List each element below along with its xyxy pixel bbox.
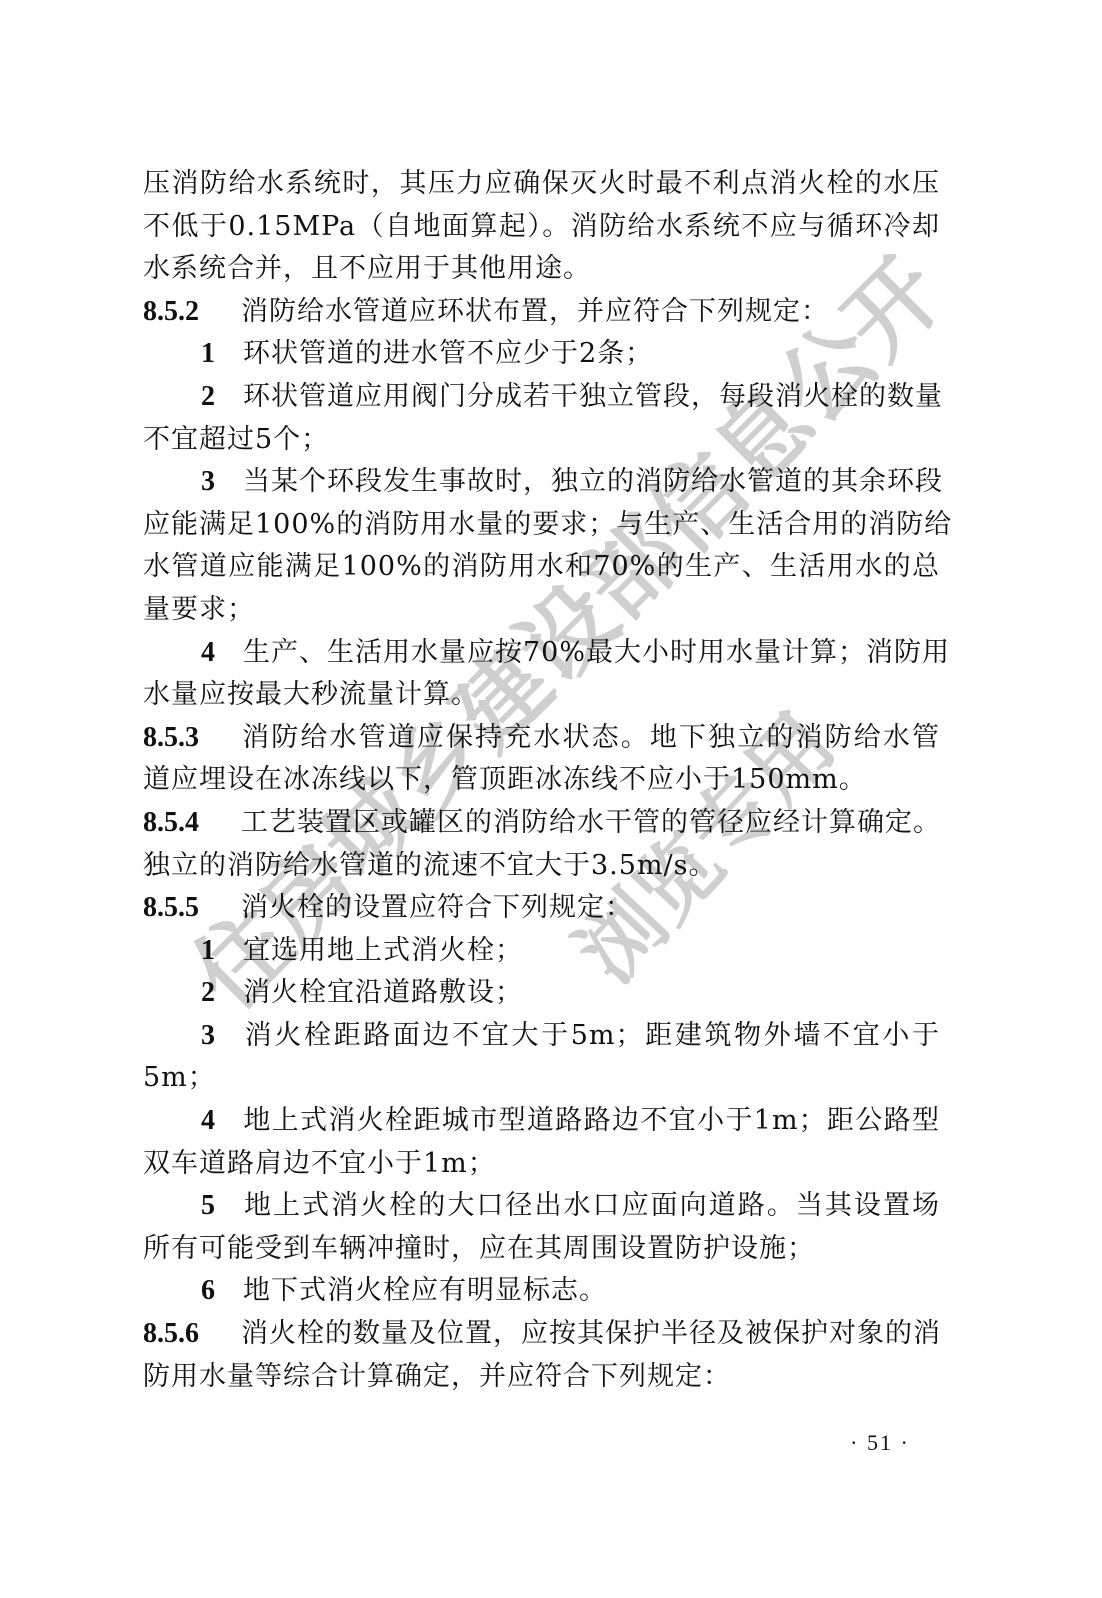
item-text: 宜选用地上式消火栓； [243,935,523,966]
clause-line: 8.5.6消火栓的数量及位置，应按其保护半径及被保护对象的消 [143,1313,940,1356]
list-item-line: 5地上式消火栓的大口径出水口应面向道路。当其设置场 [143,1185,940,1228]
page-number: · 51 · [835,1430,925,1456]
item-text: 地下式消火栓应有明显标志。 [243,1275,607,1306]
item-number: 3 [201,1015,243,1058]
text-line: 独立的消防给水管道的流速不宜大于3.5m/s。 [143,845,940,888]
item-text: 地上式消火栓的大口径出水口应面向道路。当其设置场 [243,1190,940,1221]
list-item-line: 2环状管道应用阀门分成若干独立管段，每段消火栓的数量 [143,376,940,419]
item-text: 生产、生活用水量应按70%最大小时用水量计算；消防用 [243,637,950,668]
clause-number: 8.5.6 [143,1313,241,1356]
clause-line: 8.5.4工艺装置区或罐区的消防给水干管的管径应经计算确定。 [143,802,940,845]
item-text: 环状管道的进水管不应少于2条； [243,338,653,369]
item-text: 环状管道应用阀门分成若干独立管段，每段消火栓的数量 [243,381,943,412]
text-line: 道应埋设在冰冻线以下，管顶距冰冻线不应小于150mm。 [143,759,940,802]
text-line: 不宜超过5个； [143,419,940,462]
item-number: 2 [201,376,243,419]
clause-number: 8.5.3 [143,717,241,760]
text-line: 水系统合并，且不应用于其他用途。 [143,248,940,291]
item-number: 6 [201,1270,243,1313]
text-line: 压消防给水系统时，其压力应确保灭火时最不利点消火栓的水压 [143,163,940,206]
item-number: 1 [201,333,243,376]
list-item-line: 4地上式消火栓距城市型道路路边不宜小于1m；距公路型 [143,1100,940,1143]
document-page: 住房城乡建设部信息公开 浏览专用 压消防给水系统时，其压力应确保灭火时最不利点消… [0,0,1102,1598]
item-number: 4 [201,632,243,675]
list-item-line: 3当某个环段发生事故时，独立的消防给水管道的其余环段 [143,461,940,504]
clause-text: 消火栓的数量及位置，应按其保护半径及被保护对象的消 [241,1318,941,1349]
clause-line: 8.5.5消火栓的设置应符合下列规定： [143,887,940,930]
list-item-line: 2消火栓宜沿道路敷设； [143,972,940,1015]
text-line: 防用水量等综合计算确定，并应符合下列规定： [143,1356,940,1399]
clause-line: 8.5.3消防给水管道应保持充水状态。地下独立的消防给水管 [143,717,940,760]
clause-text: 消防给水管道应环状布置，并应符合下列规定： [241,296,829,327]
clause-line: 8.5.2消防给水管道应环状布置，并应符合下列规定： [143,291,940,334]
item-text: 地上式消火栓距城市型道路路边不宜小于1m；距公路型 [243,1105,940,1136]
text-line: 水量应按最大秒流量计算。 [143,674,940,717]
item-text: 消火栓宜沿道路敷设； [243,977,523,1008]
list-item-line: 6地下式消火栓应有明显标志。 [143,1270,940,1313]
item-number: 4 [201,1100,243,1143]
text-line: 应能满足100%的消防用水量的要求；与生产、生活合用的消防给 [143,504,940,547]
text-line: 水管道应能满足100%的消防用水和70%的生产、生活用水的总 [143,546,940,589]
text-line: 量要求； [143,589,940,632]
text-line: 不低于0.15MPa（自地面算起）。消防给水系统不应与循环冷却 [143,206,940,249]
clause-number: 8.5.4 [143,802,241,845]
list-item-line: 3消火栓距路面边不宜大于5m；距建筑物外墙不宜小于 [143,1015,940,1058]
item-text: 消火栓距路面边不宜大于5m；距建筑物外墙不宜小于 [243,1020,940,1051]
item-number: 1 [201,930,243,973]
text-line: 5m； [143,1057,940,1100]
text-line: 所有可能受到车辆冲撞时，应在其周围设置防护设施； [143,1228,940,1271]
clause-text: 消防给水管道应保持充水状态。地下独立的消防给水管 [241,722,940,753]
item-text: 当某个环段发生事故时，独立的消防给水管道的其余环段 [243,466,943,497]
item-number: 3 [201,461,243,504]
item-number: 2 [201,972,243,1015]
clause-text: 工艺装置区或罐区的消防给水干管的管径应经计算确定。 [241,807,941,838]
list-item-line: 1宜选用地上式消火栓； [143,930,940,973]
clause-text: 消火栓的设置应符合下列规定： [241,892,633,923]
clause-number: 8.5.5 [143,887,241,930]
body-text: 压消防给水系统时，其压力应确保灭火时最不利点消火栓的水压不低于0.15MPa（自… [143,163,940,1398]
list-item-line: 4生产、生活用水量应按70%最大小时用水量计算；消防用 [143,632,940,675]
list-item-line: 1环状管道的进水管不应少于2条； [143,333,940,376]
clause-number: 8.5.2 [143,291,241,334]
item-number: 5 [201,1185,243,1228]
text-line: 双车道路肩边不宜小于1m； [143,1143,940,1186]
